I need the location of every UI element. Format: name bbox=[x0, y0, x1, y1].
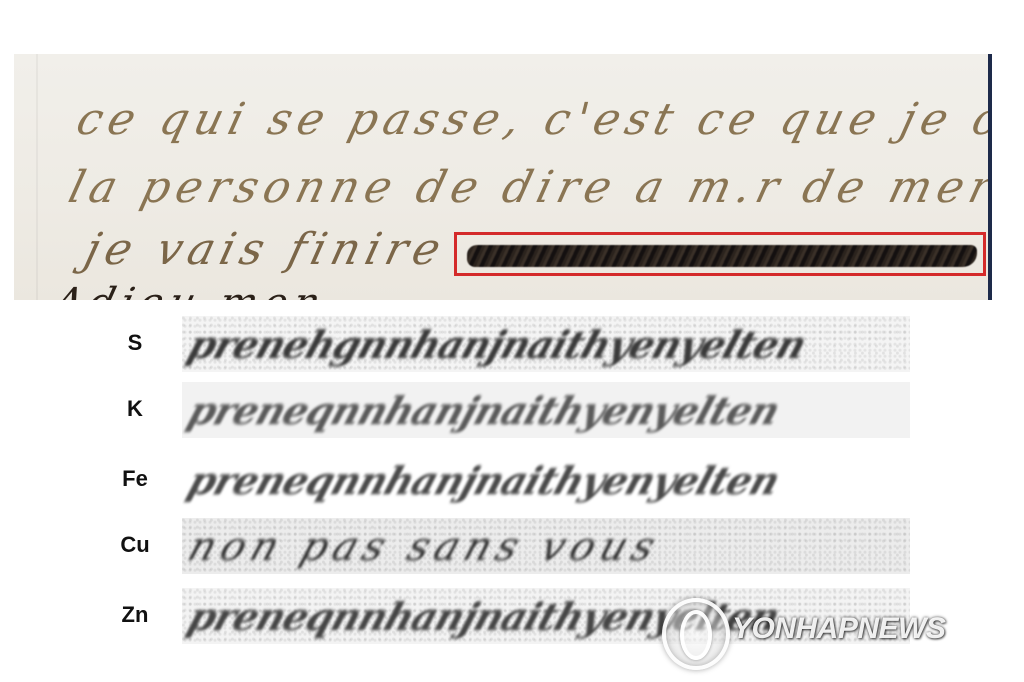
map-row-fe: Fe preneqnnhanjnaithyenyelten bbox=[100, 452, 920, 510]
map-row-s: S prenehgnnhanjnaithyenyelten bbox=[100, 316, 920, 374]
map-row-cu: Cu non pas sans vous bbox=[100, 518, 920, 576]
revealed-text: non pas sans vous bbox=[183, 524, 667, 570]
element-label: K bbox=[100, 396, 170, 422]
yonhap-logo-icon bbox=[662, 598, 730, 670]
element-label: Cu bbox=[100, 532, 170, 558]
yonhap-news-watermark: YONHAPNEWS bbox=[660, 596, 1010, 670]
map-row-k: K preneqnnhanjnaithyenyelten bbox=[100, 382, 920, 440]
redaction-scribble bbox=[467, 245, 977, 267]
manuscript-image: ce qui se passe, c'est ce que je charge … bbox=[14, 54, 992, 300]
element-label: Fe bbox=[100, 466, 170, 492]
handwriting-line-1: ce qui se passe, c'est ce que je charge bbox=[72, 94, 992, 145]
element-map-strip: non pas sans vous bbox=[182, 518, 910, 574]
element-label: Zn bbox=[100, 602, 170, 628]
element-map-strip: prenehgnnhanjnaithyenyelten bbox=[182, 316, 910, 372]
paper-edge bbox=[988, 54, 992, 300]
handwriting-line-4: Adieu mon ... bbox=[48, 280, 406, 300]
element-label: S bbox=[100, 330, 170, 356]
element-map-strip: preneqnnhanjnaithyenyelten bbox=[182, 382, 910, 438]
handwriting-line-3: je vais finire bbox=[80, 224, 452, 275]
element-map-strip: preneqnnhanjnaithyenyelten bbox=[182, 452, 910, 508]
watermark-text: YONHAPNEWS bbox=[732, 612, 945, 646]
redacted-line-highlight-box bbox=[454, 232, 986, 276]
handwriting-line-2: la personne de dire a m.r de merey bbox=[64, 162, 992, 213]
paper-fold bbox=[36, 54, 38, 300]
